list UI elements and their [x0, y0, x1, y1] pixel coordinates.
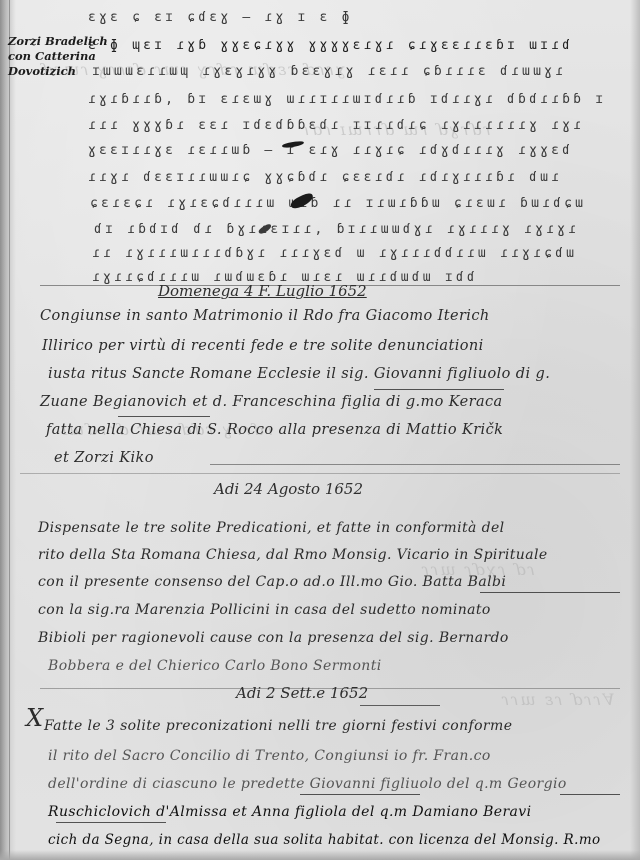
- entry-text-line: Bobbera e del Chierico Carlo Bono Sermon…: [48, 658, 382, 674]
- margin-mark: X: [26, 704, 43, 732]
- entry-text-line: Zuane Begianovich et d. Franceschina fig…: [40, 394, 503, 410]
- cipher-line: ɪɯɯɯɛɾɾɯɰ ɾɣɛɣɾɣɣ ɓɛɛɣɾɣ ɾɛɾɾ ɕɓɾɾɾɛ ɗɾɯ…: [92, 64, 566, 79]
- entry-separator: [20, 473, 620, 474]
- entry-text-line: il rito del Sacro Concilio di Trento, Co…: [48, 748, 491, 764]
- bleed-through-text: Ɐɾɾɗ ɾɛ ɯɾɾ: [500, 690, 615, 709]
- binding-shadow: [0, 0, 16, 860]
- cipher-line: ɾɣɾɓɾɾɓ, ɓɪ ɛɾɛɯɣ ɯɾɾɪɾɾɯɪɗɾɾɓ ɪɗɾɾɣɾ ɗɓ…: [88, 92, 606, 107]
- entry-date-heading: Adi 24 Agosto 1652: [214, 480, 363, 498]
- entry-text-line: con la sig.ra Marenzia Pollicini in casa…: [38, 602, 491, 618]
- entry-date-heading: Domenega 4 F. Luglio 1652: [158, 282, 367, 300]
- entry-text-line: rito della Sta Romana Chiesa, dal Rmo Mo…: [38, 547, 548, 563]
- entry-text-line: Dispensate le tre solite Predicationi, e…: [38, 520, 505, 536]
- entry-text-line: Fatte le 3 solite preconizationi nelli t…: [44, 718, 512, 734]
- name-underline: [56, 822, 166, 823]
- bottom-edge-shadow: [0, 850, 640, 860]
- name-underline: [118, 416, 210, 417]
- name-underline: [374, 389, 504, 390]
- name-underline: [300, 794, 420, 795]
- entry-separator: [210, 464, 620, 465]
- cipher-line: ɾɾɣɾ ɗɛɛɪɾɾɯɯɾɕ ɣɣɕɓɗɾ ɕɛɛɾɗɾ ɾɗɾɣɾɾɾɓɾ …: [88, 170, 562, 185]
- cipher-line: ɛ ɸ ɰɛɪ ɾɣɓ ɣɣɛɕɾɣɣ ɣɣɣɣɛɾɣɾ ɕɾɣɛɛɾɾɛɓɪ …: [88, 38, 573, 53]
- entry-text-line: cich da Segna, in casa della sua solita …: [48, 832, 601, 848]
- entry-text-line: Ruschiclovich d'Almissa et Anna figliola…: [48, 804, 532, 820]
- right-edge-shadow: [630, 0, 640, 860]
- entry-text-line: fatta nella Chiesa di S. Rocco alla pres…: [46, 422, 503, 438]
- entry-text-line: Illirico per virtù di recenti fede e tre…: [42, 338, 484, 354]
- cipher-line: ɗɪ ɾɓɗɪɗ ɗɾ ɓɣɾɾɛɪɾɾ, ɓɪɾɾɯɯɗɣɾ ɾɣɾɾɾɣ ɾ…: [94, 222, 579, 237]
- page-edge-line: [9, 0, 10, 860]
- name-underline: [560, 794, 620, 795]
- entry-text-line: dell'ordine di ciascuno le predette Giov…: [48, 776, 567, 792]
- register-page: ɣɾɾɗ ɾɛɗɯ ɾɗɾɣ ɾɯɾ ɗɪɾɾɣ ɾɯɾɗ ɾɗɾɣɗ ɾɯ ɗ…: [0, 0, 640, 860]
- cipher-line: ɕɛɾɛɕɾ ɾɣɾɛɕɗɾɾɾɯ ɯɾɓ ɾɾ ɪɾɯɾɓɓɯ ɕɾɛɯɾ ɓ…: [90, 196, 586, 211]
- entry-text-line: Bibioli per ragionevoli cause con la pre…: [38, 630, 509, 646]
- entry-text-line: con il presente consenso del Cap.o ad.o …: [38, 574, 506, 590]
- entry-date-heading: Adi 2 Sett.e 1652: [236, 684, 368, 702]
- name-underline: [480, 592, 620, 593]
- cipher-line: ɾɾ ɾɣɾɾɾɯɾɾɾɗɓɣɾ ɾɾɾɣɛɗ ɯ ɾɣɾɾɾɗɗɾɾɯ ɾɾɣ…: [92, 246, 577, 261]
- header-marks: ɛɣɛ ɕ ɛɪ ɕɗɛɣ — ɾɣ ɪ ɛ ɸ: [88, 10, 353, 25]
- cipher-line: ɾɾɾ ɣɣɣɓɾ ɛɛɾ ɪɗɛɗɓɓɛɗɾ ɪɪɾɾɗɾɕ ɾɣɾɾɾɾɾɾ…: [88, 118, 584, 133]
- entry-text-line: iusta ritus Sancte Romane Ecclesie il si…: [48, 366, 550, 382]
- entry-text-line: et Zorzi Kiko: [54, 450, 154, 466]
- cipher-line: ɣɛɛɪɾɾɣɛ ɾɛɾɾɯɓ — ɾ ɛɾɣ ɾɾɣɾɕ ɾɗɣɗɾɾɾɣ ɾ…: [88, 143, 573, 158]
- heading-underline: [360, 705, 440, 706]
- entry-text-line: Congiunse in santo Matrimonio il Rdo fra…: [40, 308, 490, 324]
